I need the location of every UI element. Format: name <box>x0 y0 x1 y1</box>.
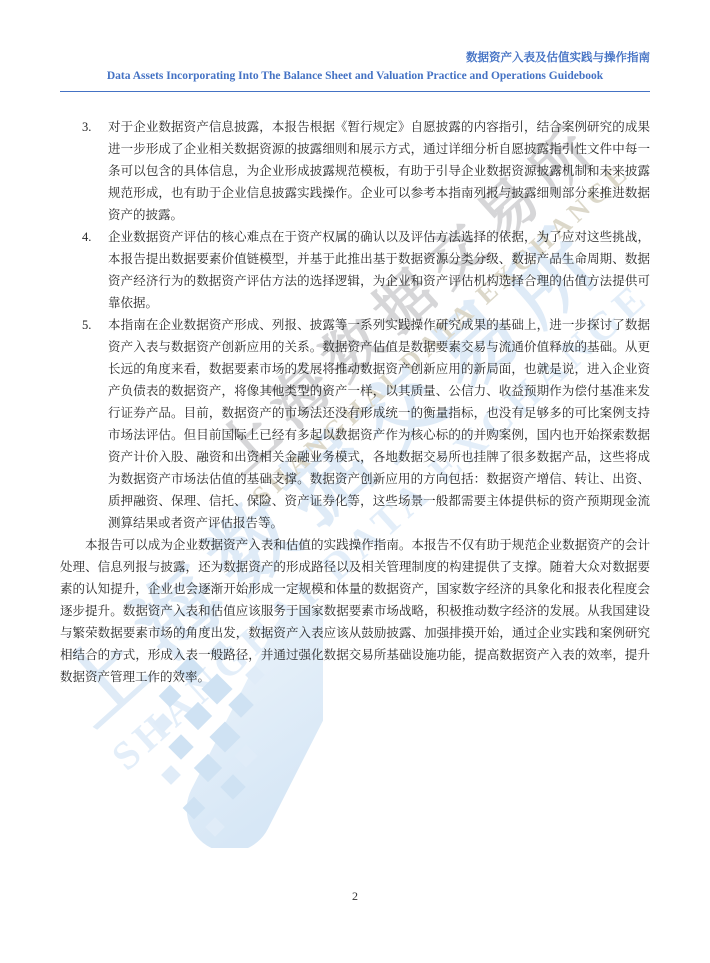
page-header: 数据资产入表及估值实践与操作指南 Data Assets Incorporati… <box>60 0 650 92</box>
page-footer: 2 <box>0 887 710 905</box>
list-item-number: 5. <box>60 314 108 534</box>
doc-title-zh: 数据资产入表及估值实践与操作指南 <box>60 50 650 66</box>
doc-title-en: Data Assets Incorporating Into The Balan… <box>60 69 650 84</box>
page-number: 2 <box>352 889 358 903</box>
header-divider <box>60 91 650 92</box>
list-item: 5. 本指南在企业数据资产形成、列报、披露等一系列实践操作研究成果的基础上，进一… <box>60 314 650 534</box>
closing-paragraph: 本报告可以成为企业数据资产入表和估值的实践操作指南。本报告不仅有助于规范企业数据… <box>60 534 650 688</box>
document-body: 3. 对于企业数据资产信息披露，本报告根据《暂行规定》自愿披露的内容指引，结合案… <box>60 116 650 688</box>
document-page: 上海数据交易所 SHANGHAI DATA EXCHANGE 上海数据交易所 S… <box>0 0 710 963</box>
list-item: 4. 企业数据资产评估的核心难点在于资产权属的确认以及评估方法选择的依据，为了应… <box>60 226 650 314</box>
list-item-text: 企业数据资产评估的核心难点在于资产权属的确认以及评估方法选择的依据，为了应对这些… <box>108 226 650 314</box>
list-item-text: 对于企业数据资产信息披露，本报告根据《暂行规定》自愿披露的内容指引，结合案例研究… <box>108 116 650 226</box>
list-item: 3. 对于企业数据资产信息披露，本报告根据《暂行规定》自愿披露的内容指引，结合案… <box>60 116 650 226</box>
list-item-number: 4. <box>60 226 108 314</box>
list-item-number: 3. <box>60 116 108 226</box>
list-item-text: 本指南在企业数据资产形成、列报、披露等一系列实践操作研究成果的基础上，进一步探讨… <box>108 314 650 534</box>
page-content: 数据资产入表及估值实践与操作指南 Data Assets Incorporati… <box>0 0 710 688</box>
